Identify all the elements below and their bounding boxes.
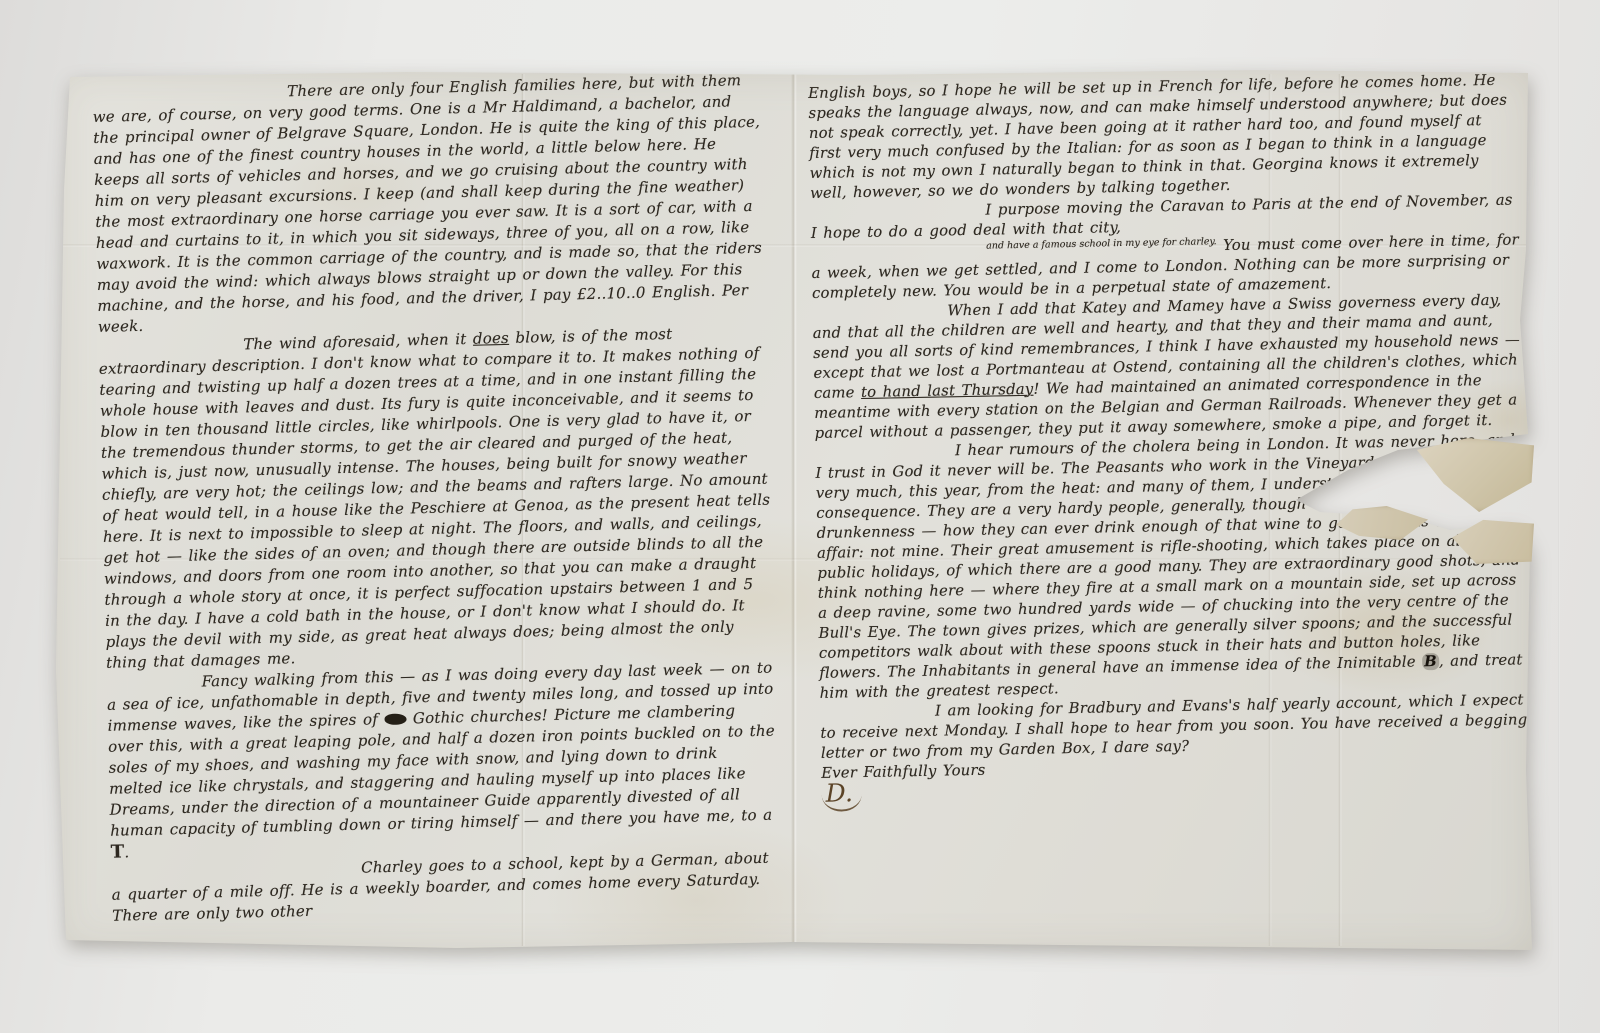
letter-paragraph: I hear rumours of the cholera being in L… xyxy=(815,430,1528,704)
letter-text-segment: does xyxy=(473,329,509,348)
letter-paragraph: The wind aforesaid, when it does blow, i… xyxy=(98,322,774,674)
letter-paragraph: There are only four English families her… xyxy=(92,70,766,338)
letter-text-segment: B xyxy=(1422,653,1439,670)
letter-paper: There are only four English families her… xyxy=(56,70,1532,954)
letter-paragraph: When I add that Katey and Mamey have a S… xyxy=(812,290,1523,444)
letter-sheet: There are only four English families her… xyxy=(56,70,1532,954)
photo-background: { "colors": { "background": "#e9e8e6", "… xyxy=(0,0,1600,1033)
letter-text-segment: blow, is of the most extraordinary descr… xyxy=(99,325,771,672)
letter-text-segment: I hear rumours of the cholera being in L… xyxy=(815,431,1520,681)
letter-page-left: There are only four English families her… xyxy=(92,70,780,932)
letter-text-segment: The wind aforesaid, when it xyxy=(243,330,473,354)
letter-page-right: English boys, so I hope he will be set u… xyxy=(808,70,1532,943)
fold-crease-center xyxy=(791,74,797,946)
letter-text-segment: There are only four English families her… xyxy=(93,71,763,336)
ink-blot xyxy=(384,714,406,726)
letter-text-segment: T xyxy=(110,841,124,862)
letter-paragraph: English boys, so I hope he will be set u… xyxy=(808,70,1518,204)
letter-text-segment: English boys, so I hope he will be set u… xyxy=(808,72,1507,202)
letter-text-segment: to hand last Thursday xyxy=(861,381,1034,401)
letter-text-segment: and have a famous school in my eye for c… xyxy=(811,242,1216,250)
signature-initial: D. xyxy=(821,778,861,812)
letter-paragraph: I purpose moving the Caravan to Paris at… xyxy=(810,190,1520,304)
letter-text-segment: . xyxy=(124,843,129,861)
letter-paragraph: Fancy walking from this — as I was doing… xyxy=(106,658,778,864)
letter-text-segment: I am looking for Bradbury and Evans's ha… xyxy=(820,691,1527,761)
photo-background-crease xyxy=(1558,0,1560,1033)
